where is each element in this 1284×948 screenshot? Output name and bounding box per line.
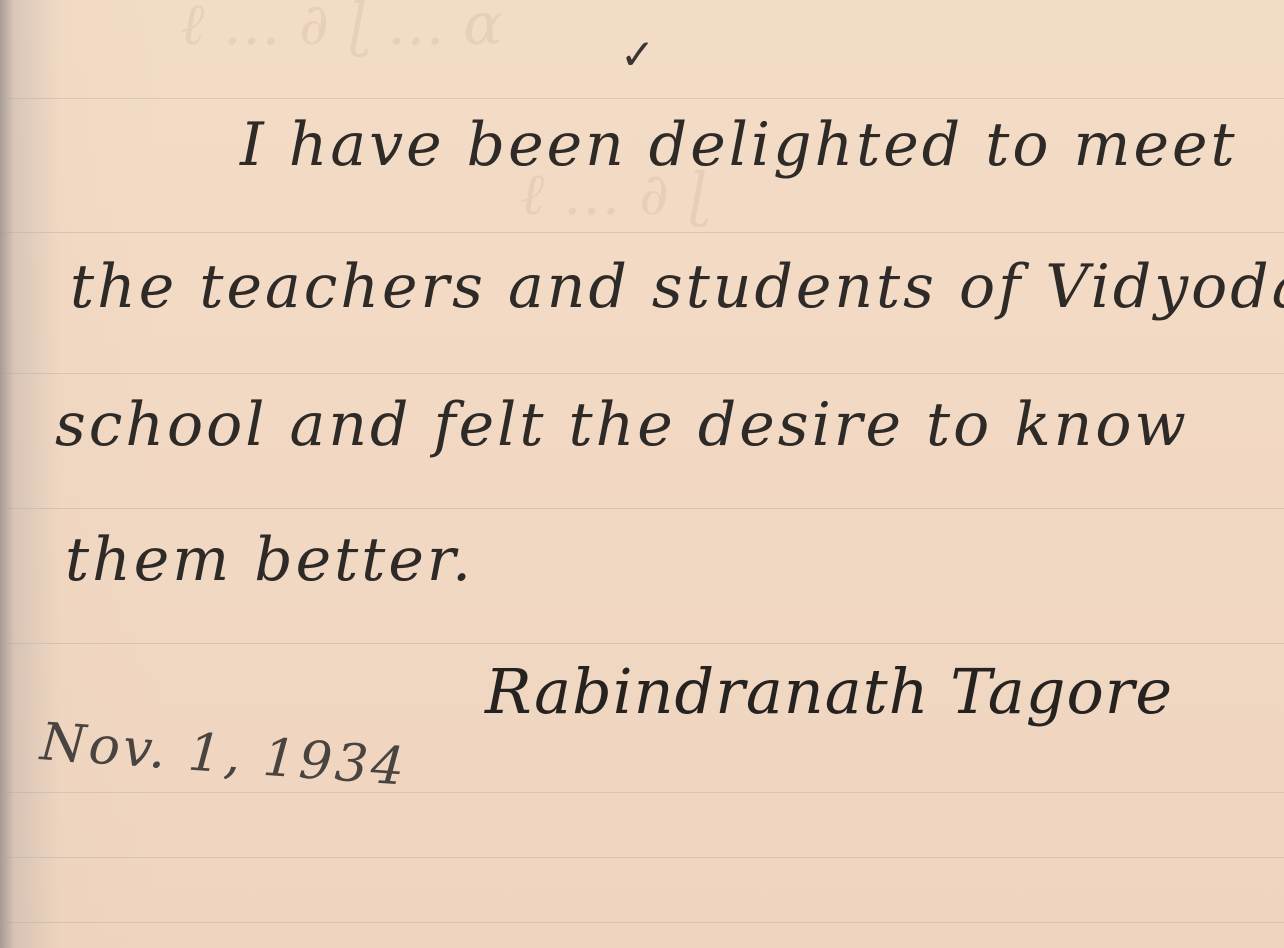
bleed-through-text: ℓ … ∂ ɭ … ɑ xyxy=(180,0,503,58)
ruled-line xyxy=(0,373,1284,374)
body-line-4: them better. xyxy=(65,525,474,595)
ruled-line xyxy=(0,792,1284,793)
ruled-line xyxy=(0,98,1284,99)
signature: Rabindranath Tagore xyxy=(485,655,1173,728)
body-line-3: school and felt the desire to know xyxy=(55,390,1189,460)
check-mark-icon: ✓ xyxy=(620,30,655,79)
ruled-line xyxy=(0,508,1284,509)
body-line-2: the teachers and students of Vidyodaya xyxy=(70,252,1284,322)
body-line-1: I have been delighted to meet xyxy=(240,110,1238,180)
ruled-line xyxy=(0,922,1284,923)
handwritten-page: ℓ … ∂ ɭ … ɑ ℓ … ∂ ɭ ✓ I have been deligh… xyxy=(0,0,1284,948)
ruled-line xyxy=(0,643,1284,644)
date: Nov. 1, 1934 xyxy=(38,712,409,797)
ruled-line xyxy=(0,857,1284,858)
ruled-line xyxy=(0,232,1284,233)
